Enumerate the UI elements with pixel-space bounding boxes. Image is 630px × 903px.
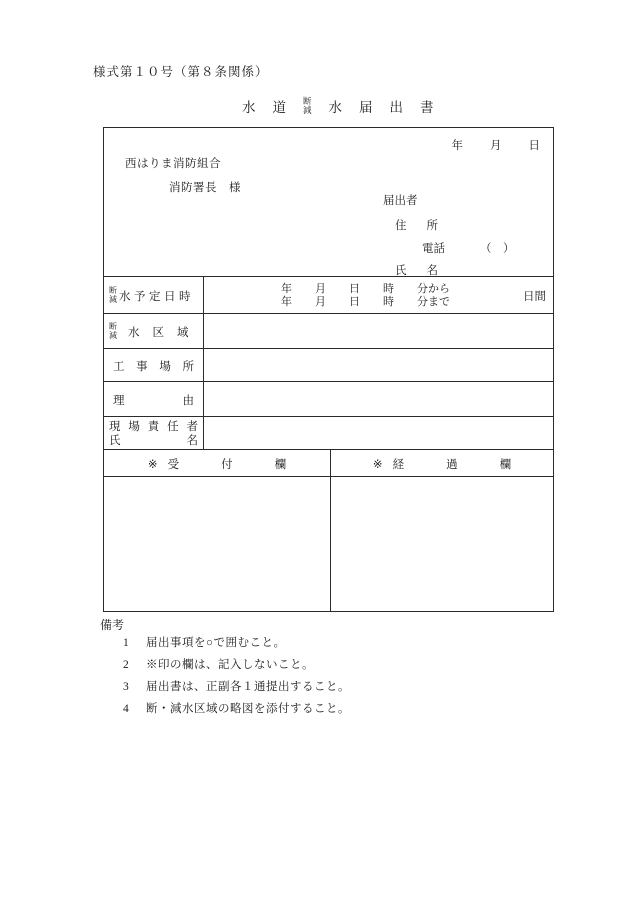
notes-title: 備考 <box>100 616 124 633</box>
form-number-label: 様式第１０号（第８条関係） <box>93 62 269 80</box>
reception-cell <box>104 477 331 611</box>
row-area-value <box>204 314 553 349</box>
note-item: 3 届出書は、正副各１通提出すること。 <box>123 680 350 695</box>
note-text: 届出書は、正副各１通提出すること。 <box>146 680 350 695</box>
title-char: 届 <box>359 96 373 116</box>
row-manager-label: 現 場 責 任 者 氏 名 <box>104 417 204 450</box>
stacked-dan-gen: 断 減 <box>109 323 117 340</box>
schedule-to-line: 年 月 日 時 分まで <box>204 296 553 309</box>
note-number: 1 <box>123 636 146 651</box>
note-text: 届出事項を○で囲むこと。 <box>146 636 285 651</box>
title-char: 道 <box>273 96 287 116</box>
section-header-row: ※ 受 付 欄 ※ 経 過 欄 <box>104 449 553 477</box>
notes-list: 1 届出事項を○で囲むこと。 2 ※印の欄は、記入しないこと。 3 届出書は、正… <box>123 636 350 724</box>
note-text: 断・減水区域の略図を添付すること。 <box>146 702 350 717</box>
title-stacked-dan-gen: 断 減 <box>303 97 312 115</box>
form-table: 年 月 日 西はりま消防組合 消防署長 様 届出者 住 所 電話 （ ） 氏 名… <box>103 127 554 612</box>
row-area: 断 減 水 区 域 <box>104 313 553 349</box>
row-schedule-label: 断 減 水予定日時 <box>104 277 204 314</box>
note-text: ※印の欄は、記入しないこと。 <box>146 658 314 673</box>
title-stacked-char: 減 <box>303 106 312 115</box>
note-number: 3 <box>123 680 146 695</box>
row-site: 工 事 場 所 <box>104 348 553 382</box>
notifier-label: 届出者 <box>383 192 418 208</box>
duration-days-label: 日間 <box>523 288 546 304</box>
note-number: 4 <box>123 702 146 717</box>
note-item: 2 ※印の欄は、記入しないこと。 <box>123 658 350 673</box>
address-label: 住 所 <box>395 217 438 233</box>
row-manager: 現 場 責 任 者 氏 名 <box>104 416 553 450</box>
section-body-row <box>104 476 553 611</box>
addressee-organization: 西はりま消防組合 <box>125 155 221 171</box>
phone-parentheses: （ ） <box>480 240 515 256</box>
progress-column-header: ※ 経 過 欄 <box>331 450 553 477</box>
document-page: 様式第１０号（第８条関係） 水 道 断 減 水 届 出 書 年 月 日 西はりま… <box>0 0 630 903</box>
row-site-value <box>204 349 553 382</box>
document-title: 水 道 断 減 水 届 出 書 <box>242 96 434 116</box>
note-number: 2 <box>123 658 146 673</box>
title-char: 水 <box>329 96 343 116</box>
title-char: 水 <box>242 96 256 116</box>
note-item: 4 断・減水区域の略図を添付すること。 <box>123 702 350 717</box>
row-manager-value <box>204 417 553 450</box>
date-day-label: 日 <box>529 137 541 153</box>
title-char: 出 <box>390 96 404 116</box>
schedule-from-line: 年 月 日 時 分から <box>204 283 553 296</box>
note-item: 1 届出事項を○で囲むこと。 <box>123 636 350 651</box>
addressee-fire-chief: 消防署長 様 <box>169 179 241 195</box>
row-reason-value <box>204 382 553 417</box>
reception-column-header: ※ 受 付 欄 <box>104 450 331 477</box>
phone-label: 電話 （ ） <box>422 240 515 256</box>
row-schedule: 断 減 水予定日時 年 月 日 時 分から 年 月 日 時 分ま <box>104 276 553 314</box>
date-line: 年 月 日 <box>104 137 553 153</box>
date-month-label: 月 <box>490 137 502 153</box>
title-char: 書 <box>420 96 434 116</box>
date-year-label: 年 <box>452 137 464 153</box>
row-reason: 理 由 <box>104 381 553 417</box>
progress-cell <box>331 477 553 611</box>
row-schedule-value: 年 月 日 時 分から 年 月 日 時 分まで 日間 <box>204 277 553 314</box>
row-reason-label: 理 由 <box>104 382 204 417</box>
stacked-dan-gen: 断 減 <box>109 287 117 304</box>
row-site-label: 工 事 場 所 <box>104 349 204 382</box>
asterisk-mark: ※ <box>373 457 383 471</box>
row-area-label: 断 減 水 区 域 <box>104 314 204 349</box>
asterisk-mark: ※ <box>148 457 158 471</box>
